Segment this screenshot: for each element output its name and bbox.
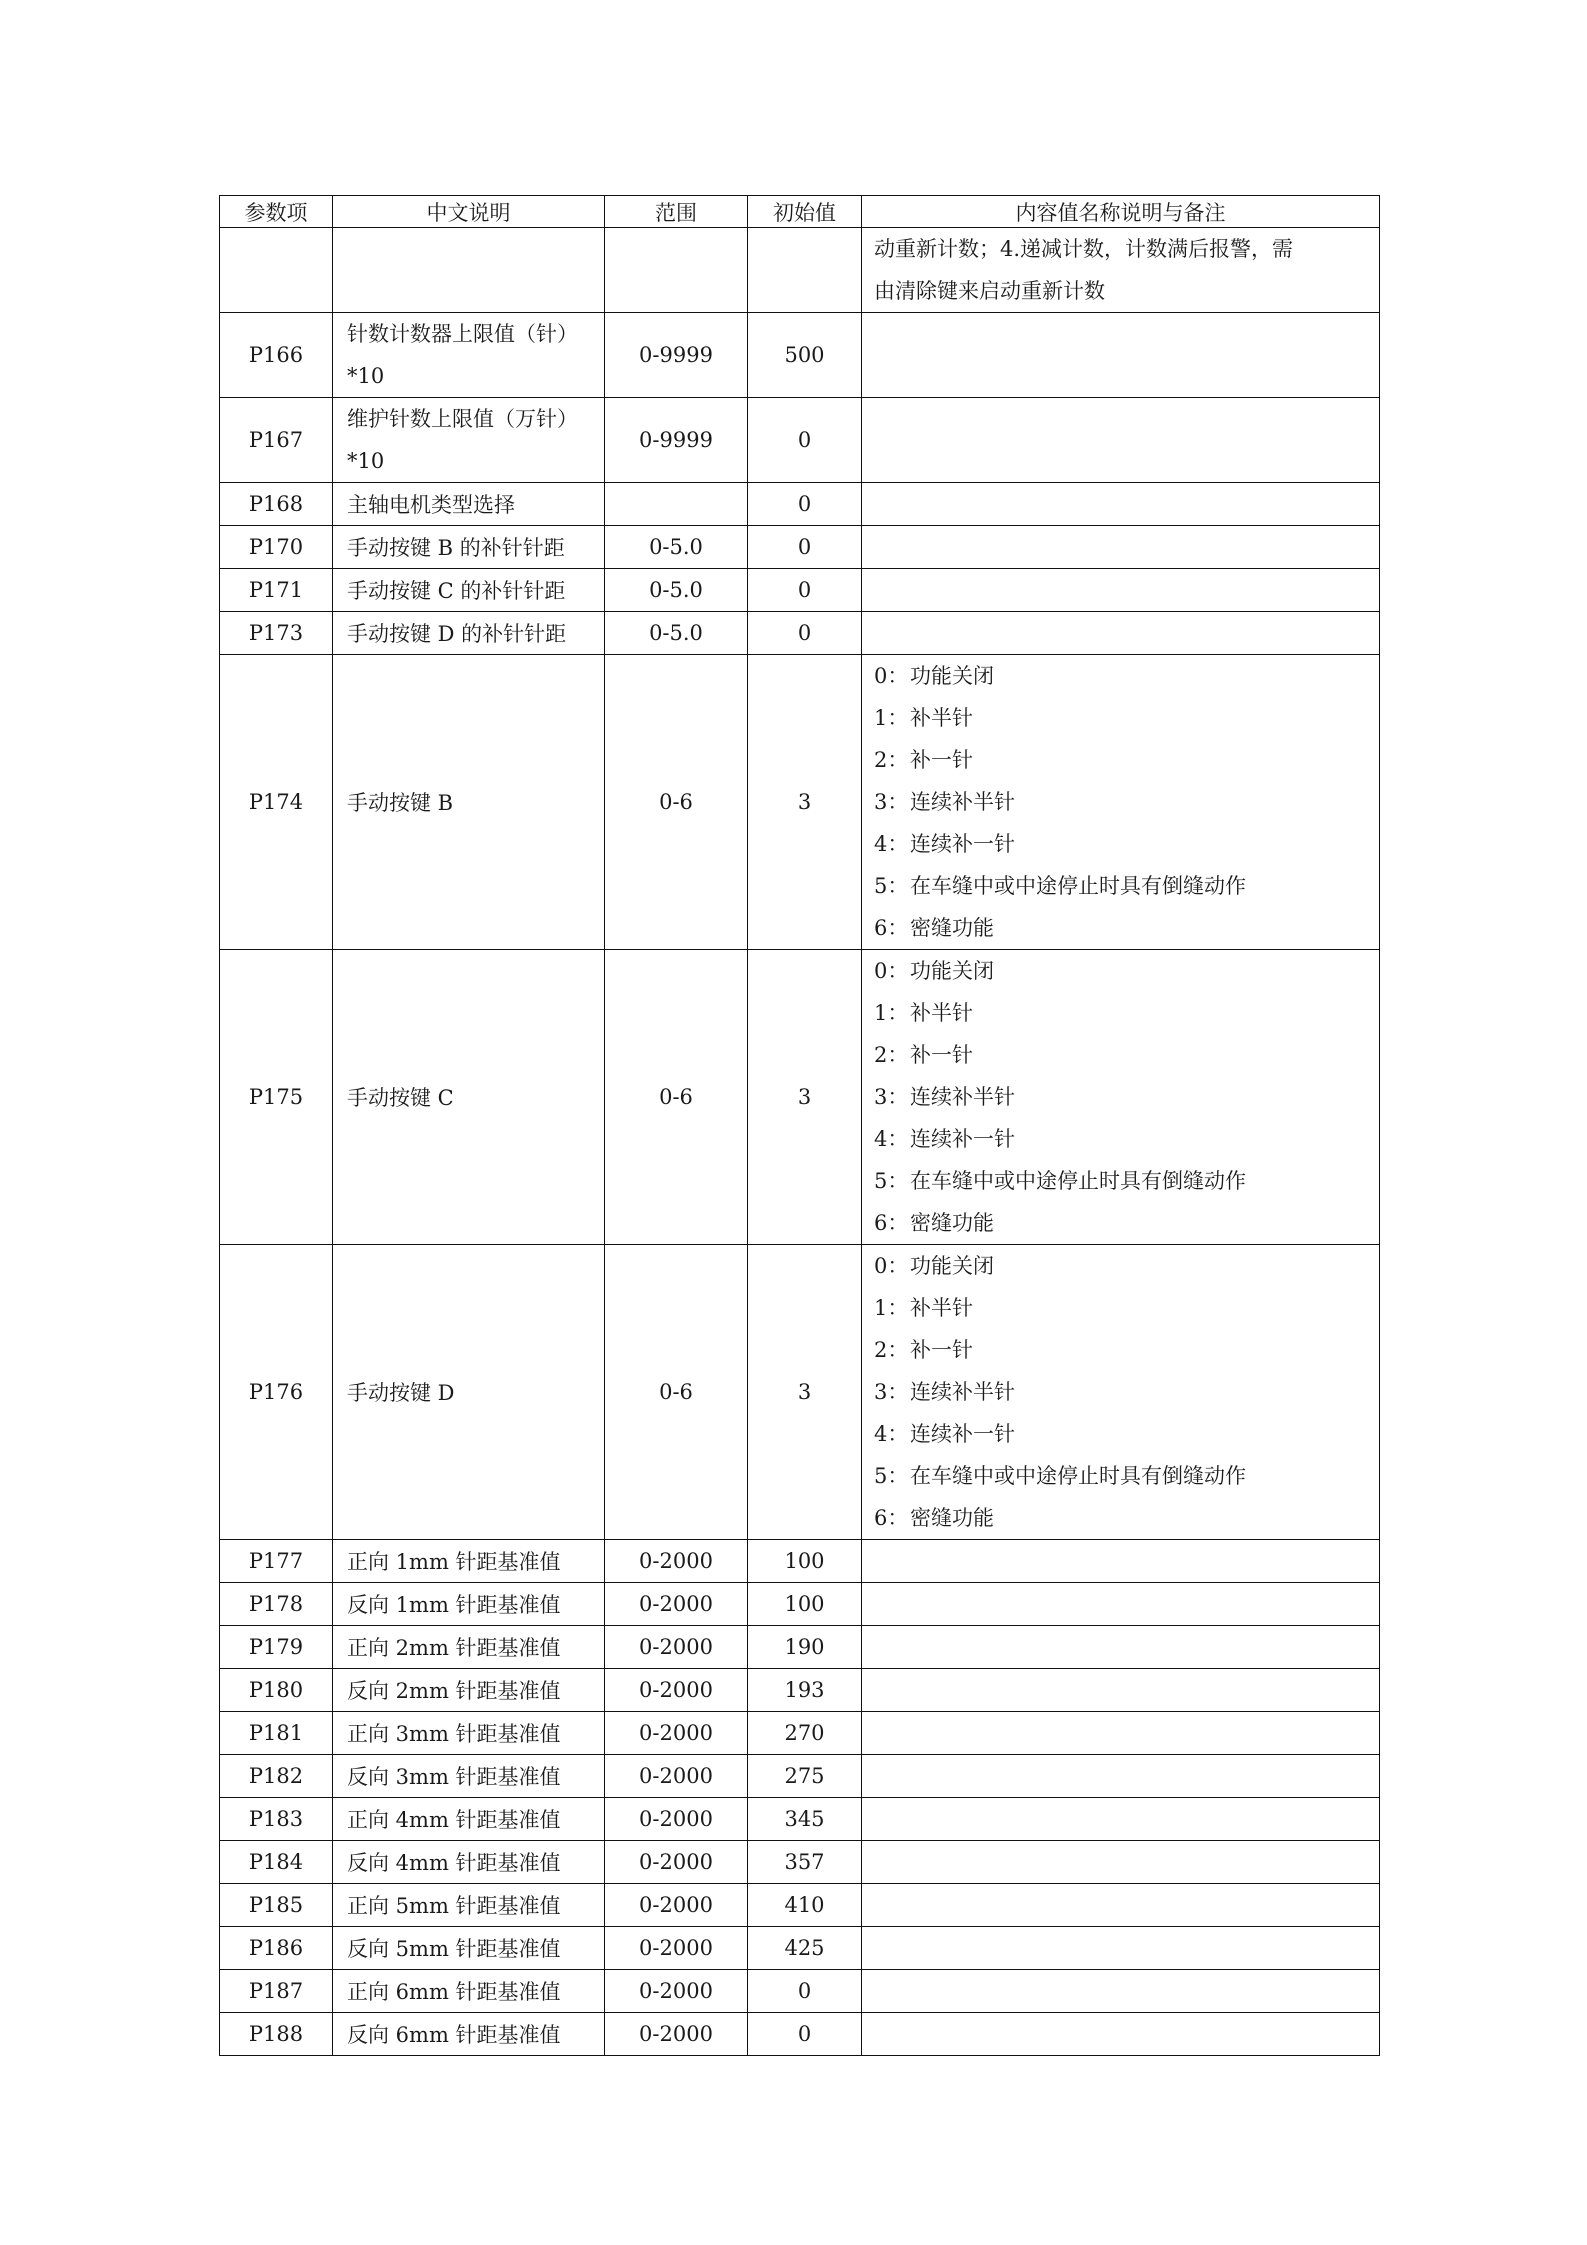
cell-notes: [862, 1669, 1380, 1712]
cell-range: 0-2000: [605, 1669, 748, 1712]
option-label: 连续补一针: [910, 1422, 1015, 1446]
option-label: 功能关闭: [910, 959, 994, 983]
cell-param: P176: [220, 1245, 333, 1540]
header-notes: 内容值名称说明与备注: [862, 196, 1380, 228]
option-key: 1：: [874, 697, 910, 739]
table-row: P173 手动按键 D 的补针针距 0-5.0 0: [220, 612, 1380, 655]
option-label: 连续补一针: [910, 832, 1015, 856]
option-key: 2：: [874, 1034, 910, 1076]
cell-range: 0-5.0: [605, 569, 748, 612]
cell-description: 反向 4mm 针距基准值: [333, 1841, 605, 1884]
option-item: 3：连续补半针: [874, 781, 1371, 823]
option-key: 4：: [874, 823, 910, 865]
cell-range: 0-2000: [605, 1927, 748, 1970]
cell-notes: [862, 398, 1380, 483]
cell-description: 反向 5mm 针距基准值: [333, 1927, 605, 1970]
cell-description: 反向 6mm 针距基准值: [333, 2013, 605, 2056]
table-row: P167 维护针数上限值（万针） *10 0-9999 0: [220, 398, 1380, 483]
cell-initial-value: 357: [748, 1841, 862, 1884]
cell-options: 0：功能关闭 1：补半针 2：补一针 3：连续补半针 4：连续补一针 5：在车缝…: [862, 950, 1380, 1245]
cell-description: 手动按键 C: [333, 950, 605, 1245]
cell-description: 正向 6mm 针距基准值: [333, 1970, 605, 2013]
cell-initial-value: [748, 228, 862, 313]
option-item: 5：在车缝中或中途停止时具有倒缝动作: [874, 1160, 1371, 1202]
option-item: 4：连续补一针: [874, 1118, 1371, 1160]
cell-notes: [862, 569, 1380, 612]
cell-param: P188: [220, 2013, 333, 2056]
option-item: 6：密缝功能: [874, 907, 1371, 949]
cell-range: 0-9999: [605, 313, 748, 398]
option-key: 1：: [874, 992, 910, 1034]
cell-range: 0-2000: [605, 1970, 748, 2013]
header-description: 中文说明: [333, 196, 605, 228]
cell-notes: [862, 1712, 1380, 1755]
cell-initial-value: 193: [748, 1669, 862, 1712]
option-label: 密缝功能: [910, 1506, 994, 1530]
note-line: 由清除键来启动重新计数: [874, 270, 1371, 312]
table-row: P171 手动按键 C 的补针针距 0-5.0 0: [220, 569, 1380, 612]
cell-description: 正向 5mm 针距基准值: [333, 1884, 605, 1927]
cell-notes: [862, 1583, 1380, 1626]
parameter-table: 参数项 中文说明 范围 初始值 内容值名称说明与备注 动重新计数；4.递减计数，…: [219, 195, 1380, 2056]
cell-notes: [862, 612, 1380, 655]
cell-notes: [862, 1755, 1380, 1798]
cell-param: P171: [220, 569, 333, 612]
option-item: 3：连续补半针: [874, 1076, 1371, 1118]
cell-param: P180: [220, 1669, 333, 1712]
cell-description: 维护针数上限值（万针） *10: [333, 398, 605, 483]
option-label: 连续补一针: [910, 1127, 1015, 1151]
cell-param: P181: [220, 1712, 333, 1755]
table-row: P168 主轴电机类型选择 0: [220, 483, 1380, 526]
option-item: 1：补半针: [874, 992, 1371, 1034]
table-row: P166 针数计数器上限值（针） *10 0-9999 500: [220, 313, 1380, 398]
option-key: 1：: [874, 1287, 910, 1329]
cell-param: P186: [220, 1927, 333, 1970]
cell-description: 反向 3mm 针距基准值: [333, 1755, 605, 1798]
option-label: 在车缝中或中途停止时具有倒缝动作: [910, 874, 1246, 898]
cell-initial-value: 0: [748, 526, 862, 569]
option-item: 6：密缝功能: [874, 1497, 1371, 1539]
cell-initial-value: 410: [748, 1884, 862, 1927]
table-row: P188 反向 6mm 针距基准值 0-2000 0: [220, 2013, 1380, 2056]
option-label: 功能关闭: [910, 664, 994, 688]
cell-range: 0-2000: [605, 1712, 748, 1755]
cell-description: 手动按键 B 的补针针距: [333, 526, 605, 569]
cell-notes: [862, 1626, 1380, 1669]
cell-param: [220, 228, 333, 313]
description-line: 针数计数器上限值（针）: [347, 313, 604, 355]
option-item: 2：补一针: [874, 1329, 1371, 1371]
cell-description: 反向 2mm 针距基准值: [333, 1669, 605, 1712]
cell-initial-value: 270: [748, 1712, 862, 1755]
option-label: 补半针: [910, 706, 973, 730]
option-label: 连续补半针: [910, 1380, 1015, 1404]
cell-param: P179: [220, 1626, 333, 1669]
cell-notes: [862, 526, 1380, 569]
cell-range: 0-2000: [605, 1798, 748, 1841]
table-row: P170 手动按键 B 的补针针距 0-5.0 0: [220, 526, 1380, 569]
option-item: 0：功能关闭: [874, 655, 1371, 697]
cell-range: 0-6: [605, 1245, 748, 1540]
table-row: P181 正向 3mm 针距基准值 0-2000 270: [220, 1712, 1380, 1755]
cell-notes: [862, 1841, 1380, 1884]
option-key: 4：: [874, 1118, 910, 1160]
cell-description: 手动按键 C 的补针针距: [333, 569, 605, 612]
cell-description: 正向 1mm 针距基准值: [333, 1540, 605, 1583]
option-key: 5：: [874, 865, 910, 907]
option-label: 密缝功能: [910, 916, 994, 940]
cell-param: P177: [220, 1540, 333, 1583]
cell-param: P173: [220, 612, 333, 655]
option-key: 3：: [874, 1076, 910, 1118]
cell-range: 0-2000: [605, 1884, 748, 1927]
cell-param: P174: [220, 655, 333, 950]
cell-notes: [862, 313, 1380, 398]
cell-range: 0-2000: [605, 1540, 748, 1583]
cell-initial-value: 0: [748, 483, 862, 526]
cell-initial-value: 425: [748, 1927, 862, 1970]
cell-param: P182: [220, 1755, 333, 1798]
cell-options: 0：功能关闭 1：补半针 2：补一针 3：连续补半针 4：连续补一针 5：在车缝…: [862, 655, 1380, 950]
table-header-row: 参数项 中文说明 范围 初始值 内容值名称说明与备注: [220, 196, 1380, 228]
cell-param: P175: [220, 950, 333, 1245]
cell-range: 0-5.0: [605, 612, 748, 655]
option-key: 4：: [874, 1413, 910, 1455]
option-label: 补一针: [910, 748, 973, 772]
cell-initial-value: 3: [748, 1245, 862, 1540]
option-key: 0：: [874, 1245, 910, 1287]
cell-range: 0-9999: [605, 398, 748, 483]
cell-range: 0-2000: [605, 1841, 748, 1884]
option-label: 密缝功能: [910, 1211, 994, 1235]
cell-param: P178: [220, 1583, 333, 1626]
cell-range: 0-2000: [605, 1755, 748, 1798]
cell-param: P168: [220, 483, 333, 526]
cell-description: 手动按键 D: [333, 1245, 605, 1540]
option-key: 6：: [874, 1497, 910, 1539]
table-row: P182 反向 3mm 针距基准值 0-2000 275: [220, 1755, 1380, 1798]
cell-initial-value: 275: [748, 1755, 862, 1798]
cell-initial-value: 345: [748, 1798, 862, 1841]
cell-initial-value: 100: [748, 1583, 862, 1626]
cell-param: P166: [220, 313, 333, 398]
option-item: 1：补半针: [874, 697, 1371, 739]
option-item: 0：功能关闭: [874, 950, 1371, 992]
option-label: 补一针: [910, 1338, 973, 1362]
description-line: 维护针数上限值（万针）: [347, 398, 604, 440]
table-row: P179 正向 2mm 针距基准值 0-2000 190: [220, 1626, 1380, 1669]
table-row-options: P176 手动按键 D 0-6 3 0：功能关闭 1：补半针 2：补一针 3：连…: [220, 1245, 1380, 1540]
cell-description: 正向 4mm 针距基准值: [333, 1798, 605, 1841]
option-key: 5：: [874, 1160, 910, 1202]
cell-notes: [862, 483, 1380, 526]
cell-notes: [862, 1927, 1380, 1970]
cell-initial-value: 0: [748, 398, 862, 483]
cell-description: 手动按键 D 的补针针距: [333, 612, 605, 655]
description-line: *10: [347, 355, 604, 397]
option-key: 2：: [874, 739, 910, 781]
cell-range: 0-2000: [605, 1583, 748, 1626]
cell-param: P183: [220, 1798, 333, 1841]
cell-initial-value: 190: [748, 1626, 862, 1669]
option-item: 1：补半针: [874, 1287, 1371, 1329]
option-item: 6：密缝功能: [874, 1202, 1371, 1244]
cell-param: P167: [220, 398, 333, 483]
option-item: 2：补一针: [874, 739, 1371, 781]
table-row-continuation: 动重新计数；4.递减计数，计数满后报警，需 由清除键来启动重新计数: [220, 228, 1380, 313]
option-label: 补半针: [910, 1296, 973, 1320]
option-key: 0：: [874, 950, 910, 992]
option-key: 6：: [874, 1202, 910, 1244]
cell-initial-value: 0: [748, 2013, 862, 2056]
cell-range: 0-2000: [605, 2013, 748, 2056]
option-key: 2：: [874, 1329, 910, 1371]
cell-description: 正向 3mm 针距基准值: [333, 1712, 605, 1755]
table-row: P186 反向 5mm 针距基准值 0-2000 425: [220, 1927, 1380, 1970]
option-key: 3：: [874, 781, 910, 823]
option-key: 0：: [874, 655, 910, 697]
cell-range: 0-5.0: [605, 526, 748, 569]
cell-description: [333, 228, 605, 313]
cell-initial-value: 3: [748, 655, 862, 950]
cell-range: 0-2000: [605, 1626, 748, 1669]
option-label: 连续补半针: [910, 790, 1015, 814]
option-label: 补一针: [910, 1043, 973, 1067]
cell-description: 针数计数器上限值（针） *10: [333, 313, 605, 398]
table-row-options: P175 手动按键 C 0-6 3 0：功能关闭 1：补半针 2：补一针 3：连…: [220, 950, 1380, 1245]
table-row: P178 反向 1mm 针距基准值 0-2000 100: [220, 1583, 1380, 1626]
table-row: P177 正向 1mm 针距基准值 0-2000 100: [220, 1540, 1380, 1583]
option-label: 在车缝中或中途停止时具有倒缝动作: [910, 1169, 1246, 1193]
option-item: 5：在车缝中或中途停止时具有倒缝动作: [874, 865, 1371, 907]
document-page: 参数项 中文说明 范围 初始值 内容值名称说明与备注 动重新计数；4.递减计数，…: [0, 0, 1587, 2245]
option-key: 6：: [874, 907, 910, 949]
header-range: 范围: [605, 196, 748, 228]
cell-range: [605, 228, 748, 313]
option-item: 4：连续补一针: [874, 1413, 1371, 1455]
cell-description: 主轴电机类型选择: [333, 483, 605, 526]
table-row-options: P174 手动按键 B 0-6 3 0：功能关闭 1：补半针 2：补一针 3：连…: [220, 655, 1380, 950]
cell-description: 正向 2mm 针距基准值: [333, 1626, 605, 1669]
cell-options: 0：功能关闭 1：补半针 2：补一针 3：连续补半针 4：连续补一针 5：在车缝…: [862, 1245, 1380, 1540]
cell-initial-value: 0: [748, 569, 862, 612]
option-label: 补半针: [910, 1001, 973, 1025]
option-label: 功能关闭: [910, 1254, 994, 1278]
option-key: 5：: [874, 1455, 910, 1497]
header-initial-value: 初始值: [748, 196, 862, 228]
option-label: 在车缝中或中途停止时具有倒缝动作: [910, 1464, 1246, 1488]
table-row: P185 正向 5mm 针距基准值 0-2000 410: [220, 1884, 1380, 1927]
option-label: 连续补半针: [910, 1085, 1015, 1109]
cell-param: P185: [220, 1884, 333, 1927]
cell-range: 0-6: [605, 655, 748, 950]
option-key: 3：: [874, 1371, 910, 1413]
table-row: P180 反向 2mm 针距基准值 0-2000 193: [220, 1669, 1380, 1712]
option-item: 0：功能关闭: [874, 1245, 1371, 1287]
cell-notes: [862, 1970, 1380, 2013]
cell-initial-value: 100: [748, 1540, 862, 1583]
cell-initial-value: 0: [748, 612, 862, 655]
cell-initial-value: 500: [748, 313, 862, 398]
table-row: P183 正向 4mm 针距基准值 0-2000 345: [220, 1798, 1380, 1841]
cell-notes: [862, 1798, 1380, 1841]
cell-param: P184: [220, 1841, 333, 1884]
cell-description: 反向 1mm 针距基准值: [333, 1583, 605, 1626]
cell-initial-value: 3: [748, 950, 862, 1245]
cell-param: P170: [220, 526, 333, 569]
option-item: 4：连续补一针: [874, 823, 1371, 865]
header-param: 参数项: [220, 196, 333, 228]
cell-notes: [862, 2013, 1380, 2056]
option-item: 3：连续补半针: [874, 1371, 1371, 1413]
cell-notes: [862, 1540, 1380, 1583]
cell-notes: [862, 1884, 1380, 1927]
cell-param: P187: [220, 1970, 333, 2013]
description-line: *10: [347, 440, 604, 482]
note-line: 动重新计数；4.递减计数，计数满后报警，需: [874, 228, 1371, 270]
option-item: 2：补一针: [874, 1034, 1371, 1076]
cell-range: 0-6: [605, 950, 748, 1245]
cell-notes: 动重新计数；4.递减计数，计数满后报警，需 由清除键来启动重新计数: [862, 228, 1380, 313]
cell-range: [605, 483, 748, 526]
table-row: P187 正向 6mm 针距基准值 0-2000 0: [220, 1970, 1380, 2013]
option-item: 5：在车缝中或中途停止时具有倒缝动作: [874, 1455, 1371, 1497]
cell-initial-value: 0: [748, 1970, 862, 2013]
table-row: P184 反向 4mm 针距基准值 0-2000 357: [220, 1841, 1380, 1884]
cell-description: 手动按键 B: [333, 655, 605, 950]
